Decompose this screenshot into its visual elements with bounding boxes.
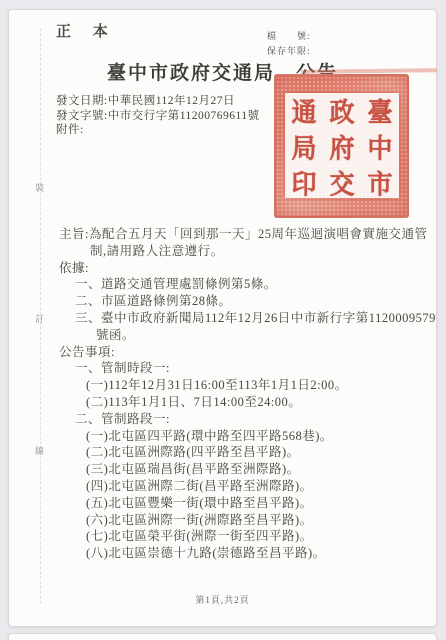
seal-glyph: 臺	[361, 92, 399, 130]
body-line: 制,請用路人注意遵行。	[9, 243, 436, 260]
seal-glyph: 政	[323, 92, 361, 130]
body-line: (二)113年1月1日、7日14:00至24:00。	[9, 394, 436, 411]
seal-glyph: 印	[285, 164, 323, 202]
file-info-block: 檔 號: 保存年限:	[267, 29, 311, 59]
page-2-top-edge	[8, 633, 437, 640]
body-line: (四)北屯區洲際二街(昌平路至洲際路)。	[9, 478, 436, 495]
seal-glyph: 市	[361, 164, 399, 202]
page-number-footer: 第1頁,共2頁	[9, 593, 436, 606]
body-line: 二、市區道路條例第28條。	[9, 293, 436, 310]
body-line: (五)北屯區豐樂一街(環中路至昌平路)。	[9, 495, 436, 512]
seal-glyph: 中	[361, 128, 399, 166]
body-line: 二、管制路段一:	[9, 411, 436, 428]
body-line: 依據:	[9, 260, 436, 277]
body-line: 一、管制時段一:	[9, 360, 436, 377]
body-line: 公告事項:	[9, 344, 436, 361]
document-viewer: 正 本 檔 號: 保存年限: 臺中市政府交通局 公告 發文日期:中華民國112年…	[0, 0, 446, 640]
seal-glyph: 局	[285, 128, 323, 166]
page-1: 正 本 檔 號: 保存年限: 臺中市政府交通局 公告 發文日期:中華民國112年…	[8, 9, 437, 627]
seal-characters: 通政臺局府中印交市	[285, 93, 399, 198]
announcement-body: 主旨:為配合五月天「回到那一天」25周年巡迴演唱會實施交通管制,請用路人注意遵行…	[9, 226, 436, 562]
body-line: (六)北屯區洲際一街(洲際路至昌平路)。	[9, 512, 436, 529]
copy-type-label: 正 本	[56, 20, 117, 41]
seal-glyph: 交	[323, 164, 361, 202]
body-line: (二)北屯區洲際路(四平路至昌平路)。	[9, 444, 436, 461]
file-number-label: 檔 號:	[267, 29, 311, 44]
seal-glyph: 通	[285, 92, 323, 130]
body-line: (七)北屯區榮平街(洲際一街至四平路)。	[9, 528, 436, 545]
issuance-meta-block: 發文日期:中華民國112年12月27日發文字號:中市交行字第1120076961…	[56, 94, 260, 138]
seal-glyph: 府	[323, 128, 361, 166]
body-line: (一)北屯區四平路(環中路至四平路568巷)。	[9, 428, 436, 445]
official-seal-stamp: 通政臺局府中印交市	[274, 74, 409, 218]
retention-period-label: 保存年限:	[267, 44, 311, 59]
body-line: (三)北屯區瑞昌街(昌平路至洲際路)。	[9, 461, 436, 478]
binding-mark: 裝	[35, 181, 44, 194]
body-line: (八)北屯區崇德十九路(崇德路至昌平路)。	[9, 545, 436, 562]
meta-line: 發文日期:中華民國112年12月27日	[56, 94, 260, 109]
meta-line: 發文字號:中市交行字第11200769611號	[56, 109, 260, 124]
meta-line: 附件:	[56, 123, 260, 138]
body-line: 主旨:為配合五月天「回到那一天」25周年巡迴演唱會實施交通管	[9, 226, 436, 243]
body-line: (一)112年12月31日16:00至113年1月1日2:00。	[9, 377, 436, 394]
body-line: 三、臺中市政府新聞局112年12月26日中市新行字第1120009579	[9, 310, 436, 327]
body-line: 一、道路交通管理處罰條例第5條。	[9, 276, 436, 293]
body-line: 號函。	[9, 327, 436, 344]
